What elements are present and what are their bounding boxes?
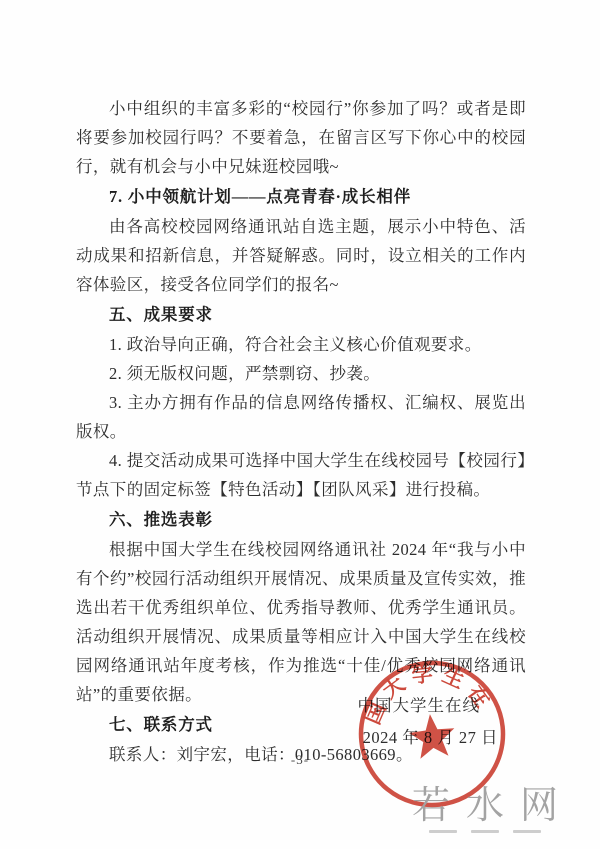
- item-1-political-orientation: 1. 政治导向正确，符合社会主义核心价值观要求。: [76, 330, 526, 359]
- watermark-subtext-mark: [471, 830, 499, 833]
- paragraph-selection-criteria: 根据中国大学生在线校园网络通讯社 2024 年“我与小中有个约”校园行活动组织开…: [76, 535, 526, 709]
- item-3-organizer-rights: 3. 主办方拥有作品的信息网络传播权、汇编权、展览出版权。: [76, 388, 526, 446]
- page-number: -3-: [0, 752, 600, 768]
- watermark-text: 若水网: [396, 787, 574, 825]
- signature-org-name: 中国大学生在线: [358, 692, 481, 716]
- document-date: 2024 年 8 月 27 日: [363, 724, 498, 748]
- heading-6-selection-commendation: 六、推选表彰: [76, 505, 526, 534]
- document-page: 小中组织的丰富多彩的“校园行”你参加了吗？或者是即将要参加校园行吗？不要着急，在…: [0, 0, 600, 849]
- watermark: 若水网: [396, 787, 574, 833]
- watermark-subtext-mark: [513, 830, 541, 833]
- item-4-submission-tags: 4. 提交活动成果可选择中国大学生在线校园号【校园行】节点下的固定标签【特色活动…: [76, 446, 526, 504]
- item-2-copyright: 2. 须无版权问题，严禁剽窃、抄袭。: [76, 359, 526, 388]
- heading-5-result-requirements: 五、成果要求: [76, 300, 526, 329]
- paragraph-campus-tour-invite: 小中组织的丰富多彩的“校园行”你参加了吗？或者是即将要参加校园行吗？不要着急，在…: [76, 94, 526, 181]
- watermark-subtext-mark: [429, 830, 457, 833]
- watermark-subtext-marks: [429, 830, 541, 833]
- document-body: 小中组织的丰富多彩的“校园行”你参加了吗？或者是即将要参加校园行吗？不要着急，在…: [76, 94, 526, 769]
- paragraph-station-topics: 由各高校校园网络通讯站自选主题，展示小中特色、活动成果和招新信息，并答疑解惑。同…: [76, 212, 526, 299]
- heading-item-7-pilot-plan: 7. 小中领航计划——点亮青春·成长相伴: [76, 182, 526, 211]
